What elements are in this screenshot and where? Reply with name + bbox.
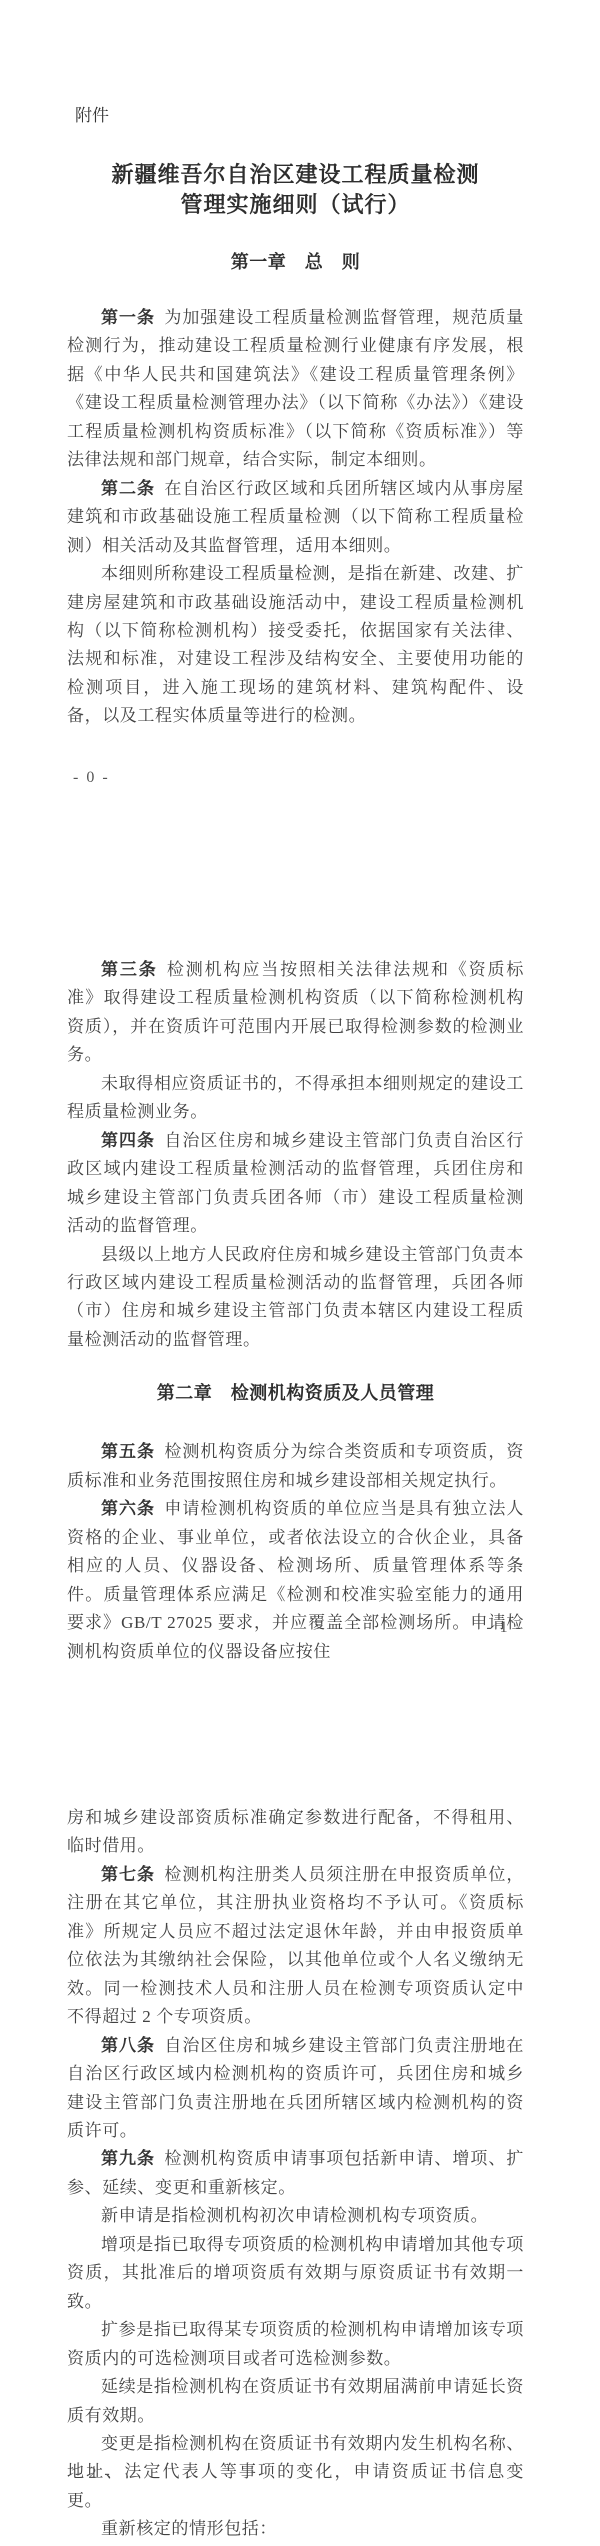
article-number-label: 第五条 (101, 1442, 155, 1461)
chapter-heading-1: 第一章 总 则 (67, 250, 524, 274)
article-paragraph: 本细则所称建设工程质量检测，是指在新建、改建、扩建房屋建筑和市政基础设施活动中，… (67, 560, 524, 731)
page-number-1: - 1 - (486, 1618, 523, 1638)
paragraph-text: 房和城乡建设部资质标准确定参数进行配备，不得租用、临时借用。 (67, 1808, 524, 1855)
paragraph-text: 检测机构注册类人员须注册在申报资质单位，注册在其它单位，其注册执业资格均不予认可… (67, 1865, 524, 2026)
article-paragraph: 新申请是指检测机构初次申请检测机构专项资质。 (67, 2202, 524, 2230)
article-number-label: 第七条 (101, 1865, 155, 1884)
article-paragraph: 第五条检测机构资质分为综合类资质和专项资质，资质标准和业务范围按照住房和城乡建设… (67, 1438, 524, 1495)
article-number-label: 第八条 (101, 2036, 155, 2055)
document-title-line1: 新疆维吾尔自治区建设工程质量检测 (67, 160, 524, 190)
article-number-label: 第三条 (101, 960, 158, 979)
article-paragraph: 第三条检测机构应当按照相关法律法规和《资质标准》取得建设工程质量检测机构资质（以… (67, 956, 524, 1070)
paragraph-text: 申请检测机构资质的单位应当是具有独立法人资格的企业、事业单位，或者依法设立的合伙… (67, 1499, 524, 1660)
document-page-3: 房和城乡建设部资质标准确定参数进行配备，不得租用、临时借用。 第七条检测机构注册… (67, 1804, 524, 2544)
article-paragraph: 县级以上地方人民政府住房和城乡建设主管部门负责本行政区域内建设工程质量检测活动的… (67, 1241, 524, 1355)
article-paragraph: 重新核定的情形包括： (67, 2515, 524, 2543)
paragraph-text: 县级以上地方人民政府住房和城乡建设主管部门负责本行政区域内建设工程质量检测活动的… (67, 1245, 524, 1349)
paragraph-text: 为加强建设工程质量检测监督管理，规范质量检测行为，推动建设工程质量检测行业健康有… (67, 308, 524, 469)
article-paragraph-continuation: 房和城乡建设部资质标准确定参数进行配备，不得租用、临时借用。 (67, 1804, 524, 1861)
article-paragraph: 第九条检测机构资质申请事项包括新申请、增项、扩参、延续、变更和重新核定。 (67, 2145, 524, 2202)
article-paragraph: 扩参是指已取得某专项资质的检测机构申请增加该专项资质内的可选检测项目或者可选检测… (67, 2316, 524, 2373)
article-paragraph: 变更是指检测机构在资质证书有效期内发生机构名称、地址、法定代表人等事项的变化，申… (67, 2430, 524, 2515)
document-page-1: 附件 新疆维吾尔自治区建设工程质量检测 管理实施细则（试行） 第一章 总 则 第… (67, 0, 524, 731)
article-paragraph: 延续是指检测机构在资质证书有效期届满前申请延长资质有效期。 (67, 2373, 524, 2430)
article-paragraph: 第八条自治区住房和城乡建设主管部门负责注册地在自治区行政区域内检测机构的资质许可… (67, 2032, 524, 2146)
article-paragraph: 第四条自治区住房和城乡建设主管部门负责自治区行政区域内建设工程质量检测活动的监督… (67, 1127, 524, 1241)
chapter-heading-2: 第二章 检测机构资质及人员管理 (67, 1381, 524, 1405)
paragraph-text: 新申请是指检测机构初次申请检测机构专项资质。 (101, 2206, 488, 2225)
document-title-line2: 管理实施细则（试行） (67, 190, 524, 220)
article-paragraph: 第六条申请检测机构资质的单位应当是具有独立法人资格的企业、事业单位，或者依法设立… (67, 1495, 524, 1666)
article-number-label: 第二条 (101, 479, 155, 498)
article-number-label: 第四条 (101, 1131, 155, 1150)
article-paragraph: 第七条检测机构注册类人员须注册在申报资质单位，注册在其它单位，其注册执业资格均不… (67, 1861, 524, 2032)
paragraph-text: 增项是指已取得专项资质的检测机构申请增加其他专项资质，其批准后的增项资质有效期与… (67, 2235, 524, 2311)
document-page-2: 第三条检测机构应当按照相关法律法规和《资质标准》取得建设工程质量检测机构资质（以… (67, 956, 524, 1666)
paragraph-text: 扩参是指已取得某专项资质的检测机构申请增加该专项资质内的可选检测项目或者可选检测… (67, 2320, 524, 2367)
article-number-label: 第九条 (101, 2149, 155, 2168)
page-number-0: - 0 - (73, 768, 110, 788)
article-paragraph: 第二条在自治区行政区域和兵团所辖区域内从事房屋建筑和市政基础设施工程质量检测（以… (67, 475, 524, 560)
paragraph-text: 延续是指检测机构在资质证书有效期届满前申请延长资质有效期。 (67, 2377, 524, 2424)
paragraph-text: 未取得相应资质证书的，不得承担本细则规定的建设工程质量检测业务。 (67, 1074, 524, 1121)
article-paragraph: 未取得相应资质证书的，不得承担本细则规定的建设工程质量检测业务。 (67, 1070, 524, 1127)
attachment-label: 附件 (67, 106, 524, 126)
article-number-label: 第六条 (101, 1499, 155, 1518)
document-title: 新疆维吾尔自治区建设工程质量检测 管理实施细则（试行） (67, 160, 524, 220)
paragraph-text: 变更是指检测机构在资质证书有效期内发生机构名称、地址、法定代表人等事项的变化，申… (67, 2434, 524, 2510)
page-number-2: - 2 - (75, 2464, 112, 2484)
article-paragraph: 增项是指已取得专项资质的检测机构申请增加其他专项资质，其批准后的增项资质有效期与… (67, 2231, 524, 2316)
article-paragraph: 第一条为加强建设工程质量检测监督管理，规范质量检测行为，推动建设工程质量检测行业… (67, 304, 524, 475)
paragraph-text: 本细则所称建设工程质量检测，是指在新建、改建、扩建房屋建筑和市政基础设施活动中，… (67, 564, 524, 725)
paragraph-text: 重新核定的情形包括： (101, 2519, 277, 2538)
article-number-label: 第一条 (101, 308, 155, 327)
